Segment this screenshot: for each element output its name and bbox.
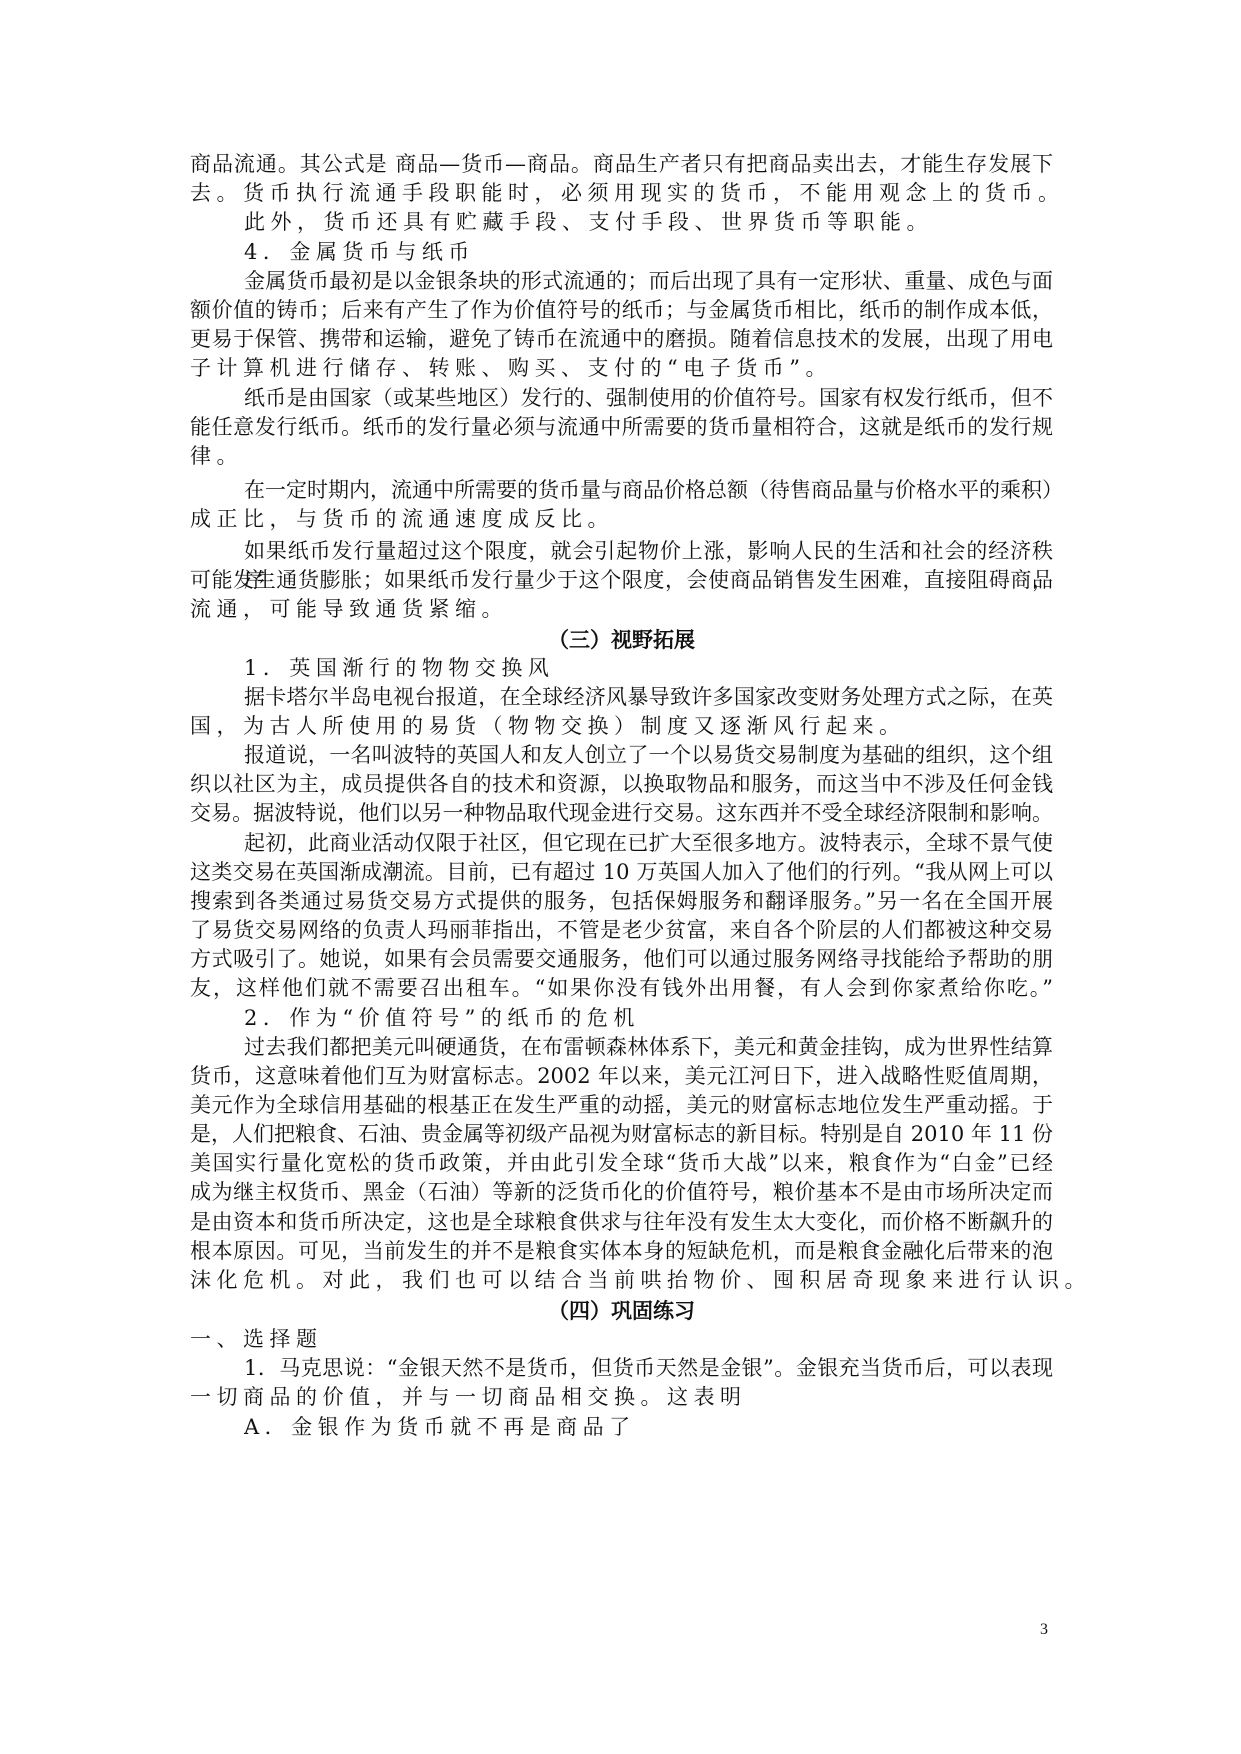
text-line: 子计算机进行储存、转账、购买、支付的“电子货币”。 xyxy=(190,354,1053,383)
text-line: 更易于保管、携带和运输，避免了铸币在流通中的磨损。随着信息技术的发展，出现了用电 xyxy=(190,325,1053,354)
page-number: 3 xyxy=(1040,1620,1048,1640)
text-line: 能任意发行纸币。纸币的发行量必须与流通中所需要的货币量相符合，这就是纸币的发行规 xyxy=(190,413,1053,442)
text-line: 在一定时期内，流通中所需要的货币量与商品价格总额（待售商品量与价格水平的乘积） xyxy=(244,476,1053,505)
text-line: 2．作为“价值符号”的纸币的危机 xyxy=(244,1004,1053,1033)
text-line: 美元作为全球信用基础的根基正在发生严重的动摇，美元的财富标志地位发生严重动摇。于 xyxy=(190,1091,1053,1120)
text-line: 此外，货币还具有贮藏手段、支付手段、世界货币等职能。 xyxy=(244,208,1053,237)
text-line: 国，为古人所使用的易货（物物交换）制度又逐渐风行起来。 xyxy=(190,712,1053,741)
text-line: 起初，此商业活动仅限于社区，但它现在已扩大至很多地方。波特表示，全球不景气使 xyxy=(244,829,1053,858)
section-heading: （三）视野拓展 xyxy=(190,625,1053,654)
text-line: 是，人们把粮食、石油、贵金属等初级产品视为财富标志的新目标。特别是自 2010 … xyxy=(190,1120,1053,1149)
text-line: 是由资本和货币所决定，这也是全球粮食供求与往年没有发生太大变化，而价格不断飙升的 xyxy=(190,1208,1053,1237)
text-line: 一、选择题 xyxy=(190,1325,1053,1354)
text-line: 商品流通。其公式是 商品—货币—商品。商品生产者只有把商品卖出去，才能生存发展下 xyxy=(190,150,1053,179)
text-line: 方式吸引了。她说，如果有会员需要交通服务，他们可以通过服务网络寻找能给予帮助的朋 xyxy=(190,945,1053,974)
text-line: 流通，可能导致通货紧缩。 xyxy=(190,595,1053,624)
document-page: 商品流通。其公式是 商品—货币—商品。商品生产者只有把商品卖出去，才能生存发展下… xyxy=(0,0,1241,1754)
text-line: 去。货币执行流通手段职能时，必须用现实的货币，不能用观念上的货币。 xyxy=(190,179,1053,208)
text-line: 过去我们都把美元叫硬通货，在布雷顿森林体系下，美元和黄金挂钩，成为世界性结算 xyxy=(244,1033,1053,1062)
text-line: 律。 xyxy=(190,442,1053,471)
section-heading: （四）巩固练习 xyxy=(190,1296,1053,1325)
text-line: 据卡塔尔半岛电视台报道，在全球经济风暴导致许多国家改变财务处理方式之际，在英 xyxy=(244,683,1053,712)
text-line: 成正比，与货币的流通速度成反比。 xyxy=(190,505,1053,534)
text-line: 友，这样他们就不需要召出租车。“如果你没有钱外出用餐，有人会到你家煮给你吃。” xyxy=(190,974,1053,1003)
text-line: 如果纸币发行量超过这个限度，就会引起物价上涨，影响人民的生活和社会的经济秩序， xyxy=(244,537,1053,566)
text-line: 报道说，一名叫波特的英国人和友人创立了一个以易货交易制度为基础的组织，这个组 xyxy=(244,741,1053,770)
text-line: 额价值的铸币；后来有产生了作为价值符号的纸币；与金属货币相比，纸币的制作成本低， xyxy=(190,296,1053,325)
text-line: 一切商品的价值，并与一切商品相交换。这表明 xyxy=(190,1383,1053,1412)
text-line: 成为继主权货币、黑金（石油）等新的泛货币化的价值符号，粮价基本不是由市场所决定而 xyxy=(190,1178,1053,1207)
text-line: 1．英国渐行的物物交换风 xyxy=(244,654,1053,683)
text-line: 4．金属货币与纸币 xyxy=(244,238,1053,267)
text-line: 可能发生通货膨胀；如果纸币发行量少于这个限度，会使商品销售发生困难，直接阻碍商品 xyxy=(190,566,1053,595)
text-line: 沫化危机。对此，我们也可以结合当前哄抬物价、囤积居奇现象来进行认识。 xyxy=(190,1266,1053,1295)
text-line: 美国实行量化宽松的货币政策，并由此引发全球“货币大战”以来，粮食作为“白金”已经 xyxy=(190,1149,1053,1178)
text-line: 搜索到各类通过易货交易方式提供的服务，包括保姆服务和翻译服务。”另一名在全国开展 xyxy=(190,887,1053,916)
text-line: 交易。据波特说，他们以另一种物品取代现金进行交易。这东西并不受全球经济限制和影响… xyxy=(190,799,1053,828)
text-line: 金属货币最初是以金银条块的形式流通的；而后出现了具有一定形状、重量、成色与面 xyxy=(244,267,1053,296)
text-line: 这类交易在英国渐成潮流。目前，已有超过 10 万英国人加入了他们的行列。“我从网… xyxy=(190,858,1053,887)
text-line: A．金银作为货币就不再是商品了 xyxy=(244,1413,1053,1442)
text-line: 1．马克思说：“金银天然不是货币，但货币天然是金银”。金银充当货币后，可以表现 xyxy=(244,1354,1053,1383)
text-line: 织以社区为主，成员提供各自的技术和资源，以换取物品和服务，而这当中不涉及任何金钱 xyxy=(190,770,1053,799)
text-line: 货币，这意味着他们互为财富标志。2002 年以来，美元江河日下，进入战略性贬值周… xyxy=(190,1062,1053,1091)
text-line: 了易货交易网络的负责人玛丽菲指出，不管是老少贫富，来自各个阶层的人们都被这种交易 xyxy=(190,916,1053,945)
text-line: 纸币是由国家（或某些地区）发行的、强制使用的价值符号。国家有权发行纸币，但不 xyxy=(244,384,1053,413)
text-line: 根本原因。可见，当前发生的并不是粮食实体本身的短缺危机，而是粮食金融化后带来的泡 xyxy=(190,1237,1053,1266)
